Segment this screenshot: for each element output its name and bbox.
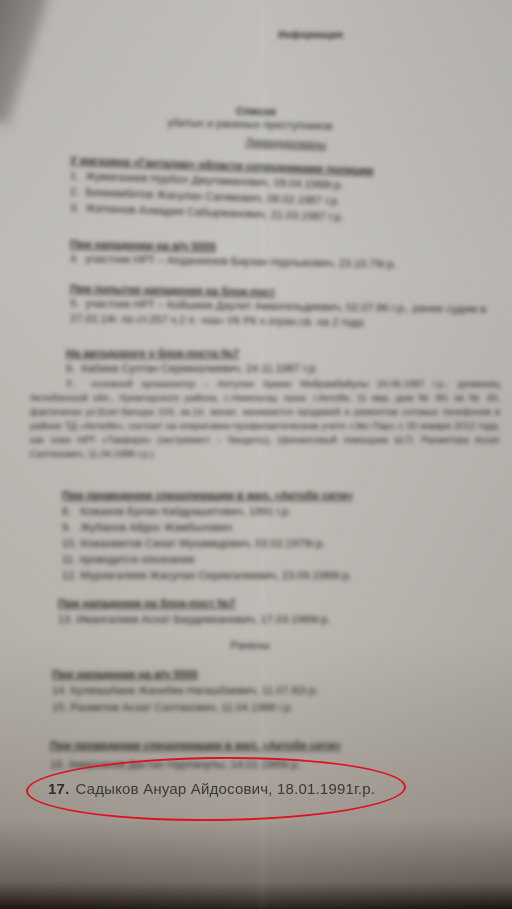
- list-item: 14. Кулмашбаев Жанибек Нагашбаевич, 11.0…: [52, 685, 319, 697]
- section-heading: При нападении на блок-пост №7: [58, 598, 236, 610]
- list-item: 13. Имангалиев Асхат Бердимханович, 17.0…: [58, 614, 330, 626]
- list-item: 11. проводится опознание: [62, 554, 195, 566]
- list-item: 5. участник НРТ – Койшиев Даулет Амангел…: [70, 297, 500, 333]
- list-item: 7. основной организатор – Аятулин Арман …: [30, 378, 500, 462]
- section-heading: На автодороге у блок-поста №7: [66, 348, 239, 360]
- section-heading: При проведении спецоперации в жил. «Акто…: [50, 740, 341, 752]
- section-heading: При нападении на в/ч 5555: [52, 669, 198, 681]
- section-wounded: Ранены: [0, 640, 500, 652]
- document-photo: Информация Список убитых и раненых прест…: [0, 0, 512, 909]
- list-item: 10. Кожахметов Санат Мухамедович, 03.02.…: [62, 538, 325, 550]
- section-heading: При проведении спецоперации в жил. «Акто…: [62, 490, 353, 502]
- list-item: 8. Кожанов Ерлан Кабдрашитович, 1991 г.р…: [62, 506, 291, 518]
- document-stamp: Информация: [278, 30, 343, 41]
- list-item: 9. Жубанов Айдос Жамбылович: [62, 522, 232, 534]
- list-item: 6. Кабиев Султан Сериккалиевич, 24.11.19…: [66, 363, 318, 375]
- list-item: 15. Рахметов Асхат Салтахович, 11.04.198…: [52, 702, 294, 714]
- section-heading: При нападении на в/ч 5555: [70, 239, 216, 254]
- list-item: 12. Мурзагалиев Жасулан Серикгалиевич, 2…: [62, 570, 352, 582]
- list-item: 4. участник НРТ – Апданиязов Бирзан Нурл…: [70, 253, 397, 271]
